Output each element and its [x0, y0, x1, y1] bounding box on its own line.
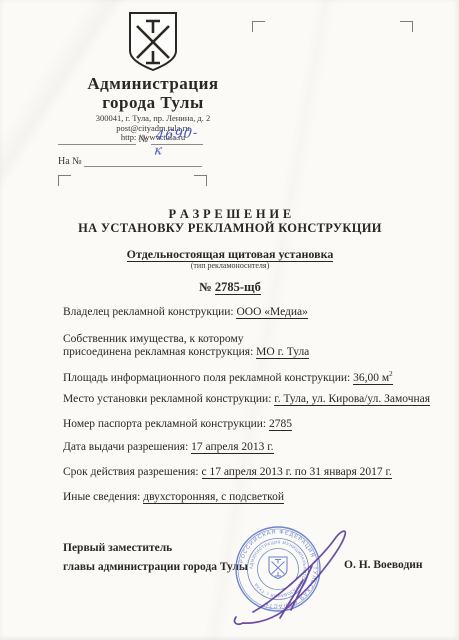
- field-area-label: Площадь информационного поля рекламной к…: [63, 372, 353, 384]
- document-title-line1: Р А З Р Е Ш Е Н И Е: [40, 208, 420, 222]
- field-property-owner: Собственник имущества, к которому присое…: [63, 333, 438, 359]
- addressee-corner-top-right: [400, 21, 413, 32]
- document-page: Администрация города Тулы 300041, г. Тул…: [0, 0, 459, 640]
- field-property-owner-label1: Собственник имущества, к которому: [63, 333, 438, 346]
- field-owner-label: Владелец рекламной конструкции:: [63, 306, 236, 318]
- addressee-corner-top-left: [252, 21, 265, 32]
- permit-number: № 2785-щб: [40, 280, 420, 295]
- field-validity-period-value: с 17 апреля 2013 г. по 31 января 2017 г.: [202, 466, 392, 479]
- org-name-line1: Администрация: [43, 74, 263, 93]
- field-other-info-value: двухсторонняя, с подсветкой: [143, 491, 284, 504]
- field-area-sup: 2: [389, 370, 393, 378]
- outgoing-ref-line: № 4690-к: [58, 134, 218, 145]
- field-location-label: Место установки рекламной конструкции:: [63, 393, 274, 405]
- field-issue-date-value: 17 апреля 2013 г.: [191, 441, 273, 454]
- tula-coat-of-arms-icon: [122, 10, 184, 74]
- date-blank-line: [58, 134, 136, 145]
- field-validity-period-label: Срок действия разрешения:: [63, 466, 202, 478]
- field-issue-date-label: Дата выдачи разрешения:: [63, 441, 191, 453]
- field-passport-number: Номер паспорта рекламной конструкции: 27…: [63, 418, 438, 431]
- signer-position-line1: Первый заместитель: [63, 542, 172, 554]
- field-other-info-label: Иные сведения:: [63, 491, 143, 503]
- org-name: Администрация города Тулы: [43, 74, 263, 112]
- signature-stroke: [215, 514, 365, 632]
- ref-number-line: 4690-к: [151, 134, 203, 145]
- reply-ref-label: На №: [58, 156, 82, 167]
- field-validity-period: Срок действия разрешения: с 17 апреля 20…: [63, 466, 438, 479]
- field-passport-number-value: 2785: [269, 418, 292, 431]
- field-location: Место установки рекламной конструкции: г…: [63, 393, 438, 406]
- handwritten-ref-number: 4690-к: [153, 125, 204, 159]
- incoming-ref-line: На №: [58, 156, 218, 167]
- field-area-value: 36,00 м2: [353, 372, 393, 385]
- permit-number-prefix: №: [199, 280, 215, 294]
- stamp-zone-corner-right: [194, 175, 207, 186]
- field-property-owner-value: МО г. Тула: [256, 346, 309, 359]
- construction-type-value: Отдельностоящая щитовая установка: [127, 247, 334, 262]
- field-issue-date: Дата выдачи разрешения: 17 апреля 2013 г…: [63, 441, 438, 454]
- document-title-line2: НА УСТАНОВКУ РЕКЛАМНОЙ КОНСТРУКЦИИ: [40, 222, 420, 236]
- stamp-zone-corner-left: [58, 175, 71, 186]
- field-passport-number-label: Номер паспорта рекламной конструкции:: [63, 418, 269, 430]
- construction-type-caption: (тип рекламоносителя): [40, 261, 420, 270]
- document-title: Р А З Р Е Ш Е Н И Е НА УСТАНОВКУ РЕКЛАМН…: [40, 208, 420, 235]
- ref-number-label: №: [139, 134, 149, 145]
- field-location-value: г. Тула, ул. Кирова/ул. Замочная: [274, 393, 430, 406]
- field-other-info: Иные сведения: двухсторонняя, с подсветк…: [63, 491, 438, 504]
- field-owner: Владелец рекламной конструкции: ООО «Мед…: [63, 306, 438, 319]
- org-name-line2: города Тулы: [43, 93, 263, 112]
- field-owner-value: ООО «Медиа»: [236, 306, 307, 319]
- reply-ref-blank-line: [84, 156, 202, 167]
- field-area: Площадь информационного поля рекламной к…: [63, 368, 438, 385]
- construction-type: Отдельностоящая щитовая установка: [40, 247, 420, 262]
- field-property-owner-label2: присоединена рекламная конструкция:: [63, 346, 256, 358]
- permit-number-value: 2785-щб: [215, 280, 261, 295]
